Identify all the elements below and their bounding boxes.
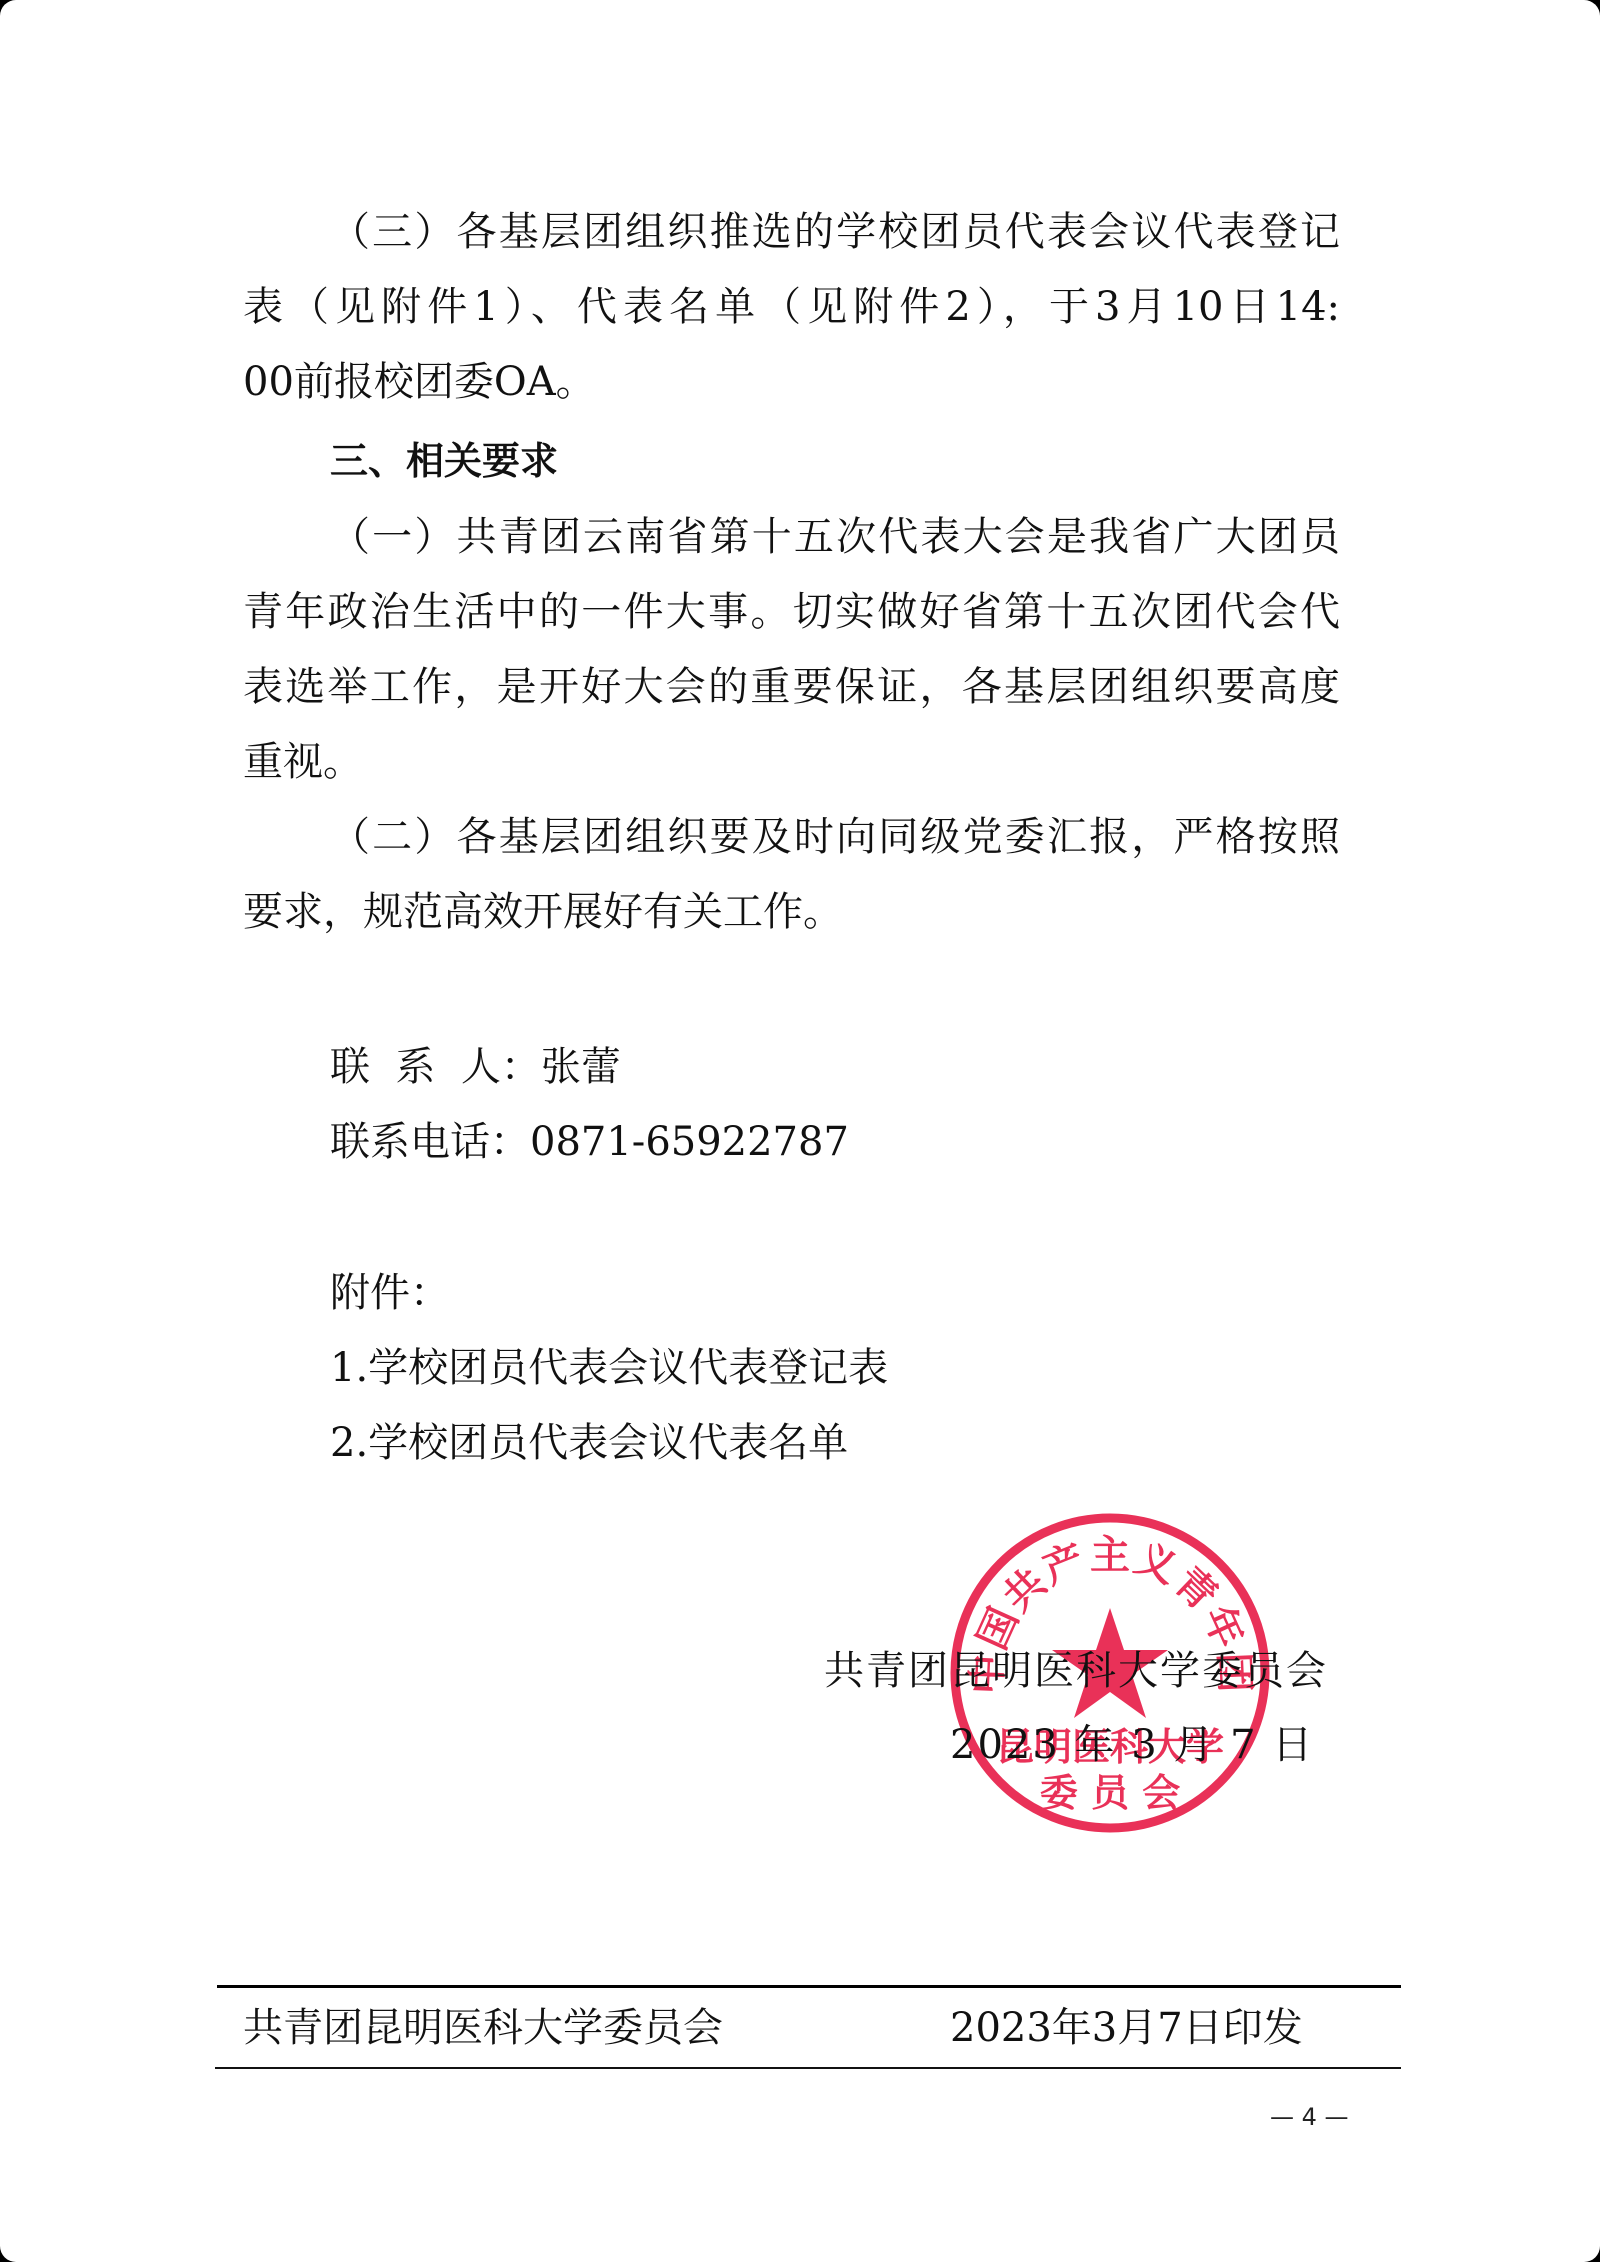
contact-phone: 联系电话：0871-65922787 <box>330 1117 849 1167</box>
signature-organization: 共青团昆明医科大学委员会 <box>824 1646 1328 1696</box>
footer-bottom-rule <box>215 2067 1401 2069</box>
contact-person: 联 系 人：张蕾 <box>330 1042 621 1092</box>
attachment-item-1[interactable]: 1.学校团员代表会议代表登记表 <box>330 1343 888 1393</box>
req1-line-3: 表选举工作，是开好大会的重要保证，各基层团组织要高度 <box>243 662 1340 712</box>
footer-issuer: 共青团昆明医科大学委员会 <box>243 2003 723 2053</box>
attachments-label: 附件： <box>330 1268 450 1318</box>
footer-top-rule <box>217 1985 1401 1988</box>
req2-line-1: （二）各基层团组织要及时向同级党委汇报，严格按照 <box>243 812 1340 862</box>
attachment-item-2[interactable]: 2.学校团员代表会议代表名单 <box>330 1418 848 1468</box>
signature-date: 2023 年 3 月 7 日 <box>950 1720 1314 1770</box>
para3-line-1: （三）各基层团组织推选的学校团员代表会议代表登记 <box>243 207 1340 257</box>
document-page: （三）各基层团组织推选的学校团员代表会议代表登记 表（见附件1）、代表名单（见附… <box>0 0 1600 2262</box>
seal-inner-line-2: 委 员 会 <box>1040 1771 1180 1815</box>
contact-phone-value: 0871-65922787 <box>530 1119 849 1165</box>
contact-person-name: 张蕾 <box>541 1044 621 1090</box>
section-heading: 三、相关要求 <box>330 436 558 486</box>
contact-phone-label: 联系电话： <box>330 1119 530 1165</box>
para3-line-2: 表（见附件1）、代表名单（见附件2），于3月10日14: <box>243 282 1340 332</box>
page-number: — 4 — <box>1270 2102 1349 2132</box>
para3-line-3: 00前报校团委OA。 <box>243 357 596 407</box>
req1-line-1: （一）共青团云南省第十五次代表大会是我省广大团员 <box>243 512 1340 562</box>
req1-line-2: 青年政治生活中的一件大事。切实做好省第十五次团代会代 <box>243 587 1340 637</box>
contact-person-label: 联 系 人： <box>330 1044 541 1090</box>
req1-line-4: 重视。 <box>243 737 363 787</box>
req2-line-2: 要求，规范高效开展好有关工作。 <box>243 887 843 937</box>
footer-issue-date: 2023年3月7日印发 <box>950 2003 1303 2053</box>
